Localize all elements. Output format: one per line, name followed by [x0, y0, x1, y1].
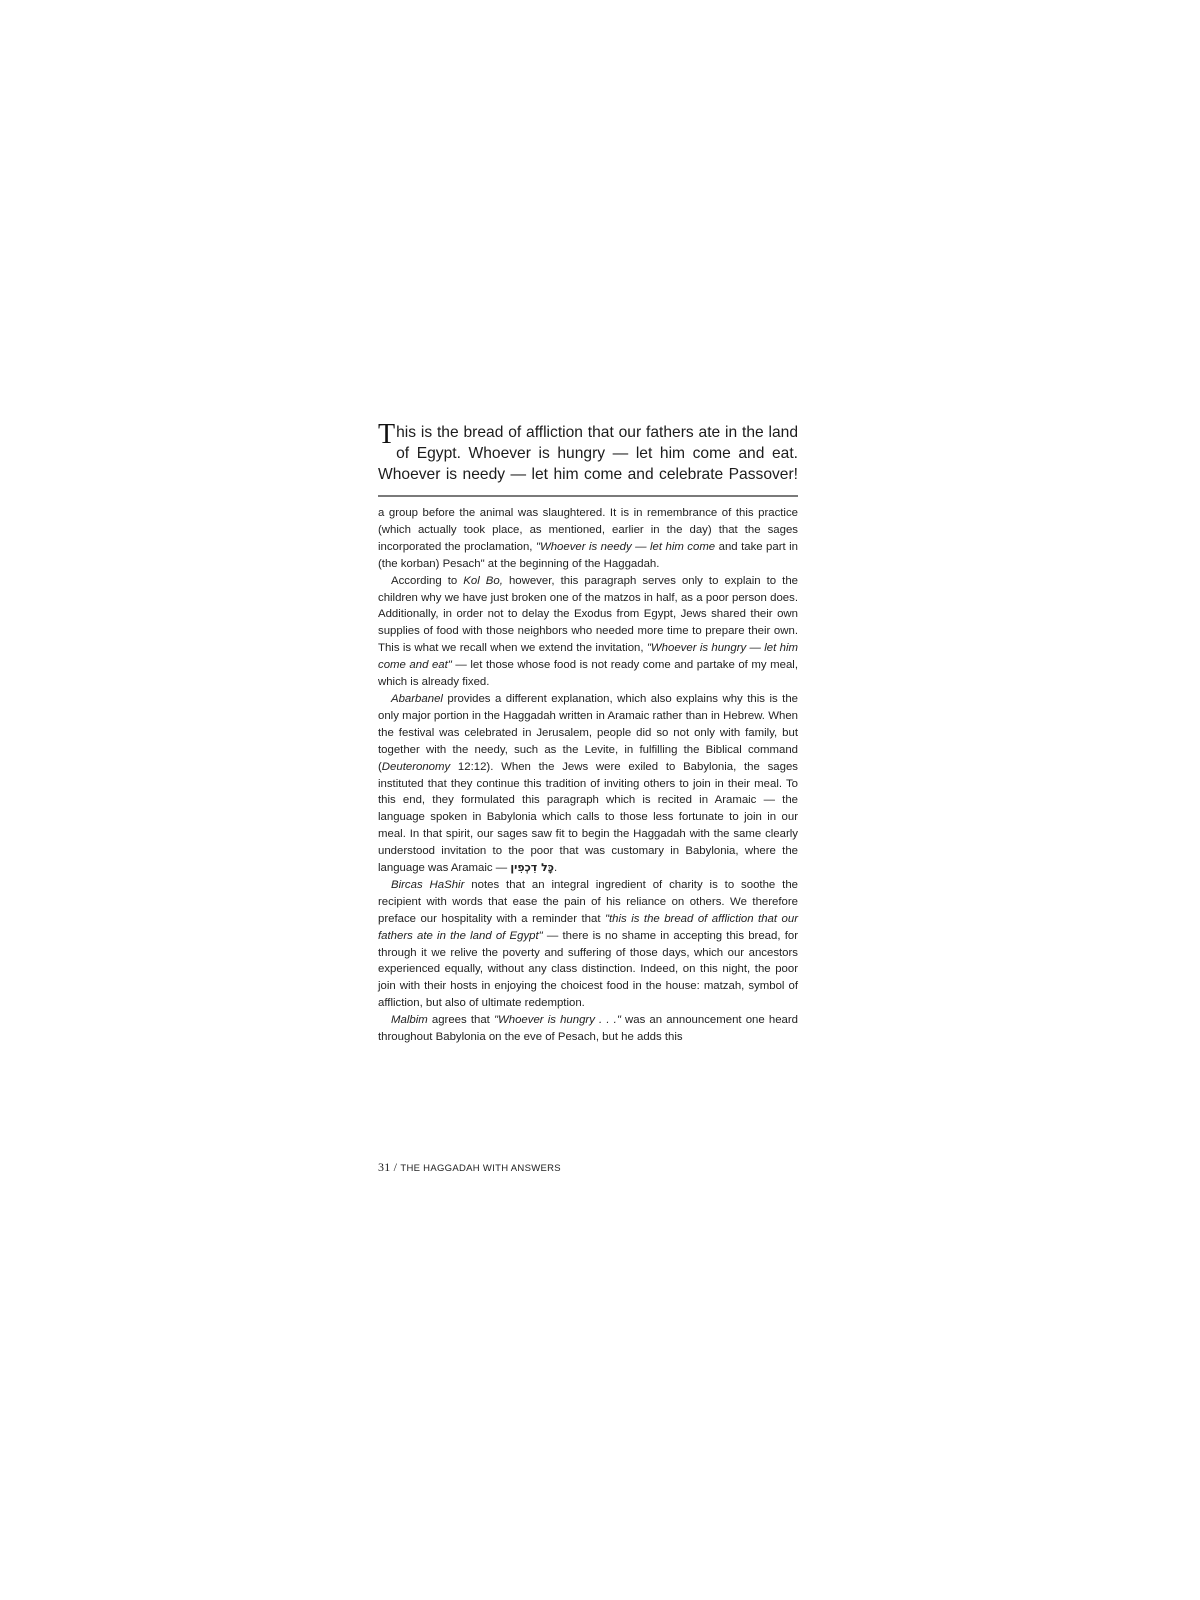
source-name: Kol Bo,	[463, 575, 503, 587]
passage-line-1: his is the bread of affliction that our …	[378, 422, 798, 443]
drop-cap: T	[378, 425, 395, 445]
commentary-paragraph-abarbanel: Abarbanel provides a different explanati…	[378, 691, 798, 877]
passage-line-3: Whoever is needy — let him come and cele…	[378, 464, 798, 485]
passage-line-2: of Egypt. Whoever is hungry — let him co…	[378, 443, 798, 464]
commentary-paragraph-1: a group before the animal was slaughtere…	[378, 505, 798, 573]
page-number: 31	[378, 1160, 390, 1174]
running-title: THE HAGGADAH WITH ANSWERS	[400, 1163, 561, 1174]
source-name: Malbim	[391, 1014, 428, 1026]
commentary-paragraph-kol-bo: According to Kol Bo, however, this parag…	[378, 573, 798, 691]
commentary-paragraph-bircas-hashir: Bircas HaShir notes that an integral ing…	[378, 877, 798, 1012]
commentary-paragraph-malbim: Malbim agrees that "Whoever is hungry . …	[378, 1012, 798, 1046]
horizontal-rule	[378, 495, 798, 497]
footer-separator: /	[390, 1160, 400, 1174]
document-page: T his is the bread of affliction that ou…	[378, 422, 798, 1046]
source-name: Bircas HaShir	[391, 879, 464, 891]
source-name: Abarbanel	[391, 693, 443, 705]
haggadah-passage-translation: T his is the bread of affliction that ou…	[378, 422, 798, 485]
page-footer: 31 / THE HAGGADAH WITH ANSWERS	[378, 1160, 561, 1175]
commentary-body: a group before the animal was slaughtere…	[378, 505, 798, 1046]
hebrew-phrase: כָּל דִכְפִין	[510, 861, 554, 874]
